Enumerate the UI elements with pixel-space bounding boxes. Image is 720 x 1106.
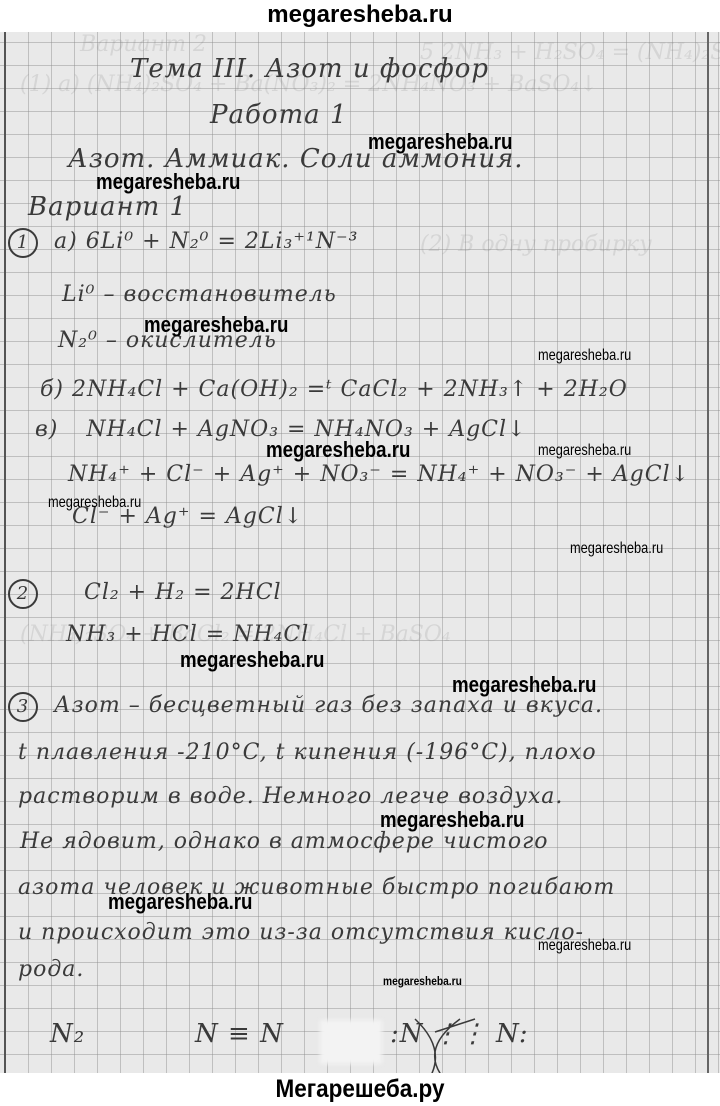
watermark: megaresheba.ru [96, 169, 240, 195]
watermark: megaresheba.ru [383, 974, 462, 988]
site-banner-bottom: Мегарешеба.ру [36, 1073, 684, 1106]
notebook-page: Вариант 2 5 2NH₃ + H₂SO₄ = (NH₄)₂SO₄ (1)… [0, 32, 720, 1073]
task2-row-1: 2 Cl₂ + H₂ = 2HCl [8, 579, 282, 609]
correction-whiteout [320, 1020, 382, 1064]
watermark: megaresheba.ru [144, 312, 288, 338]
watermark: megaresheba.ru [368, 129, 512, 155]
task-number-badge: 3 [8, 692, 38, 722]
watermark: megaresheba.ru [108, 889, 252, 915]
bleed-through-text: (2) В одну пробирку [420, 232, 652, 257]
structural-formula: N ≡ N [195, 1019, 284, 1049]
task1-a-equation: 6Li⁰ + N₂⁰ = 2Li₃⁺¹N⁻³ [86, 229, 359, 254]
topic-title: Тема III. Азот и фосфор [130, 54, 489, 84]
nitrogen-formula: N₂ [50, 1019, 85, 1049]
watermark: megaresheba.ru [570, 540, 663, 558]
reducer-note: Li⁰ – восстановитель [62, 282, 337, 307]
watermark: megaresheba.ru [538, 937, 631, 955]
task3-line-6: и происходит это из-за отсутствия кисло- [18, 920, 584, 945]
variant-label: Вариант 1 [28, 192, 187, 222]
watermark: megaresheba.ru [538, 442, 631, 460]
watermark: megaresheba.ru [180, 647, 324, 673]
work-title: Работа 1 [210, 100, 347, 130]
task1-row-a: 1 а) 6Li⁰ + N₂⁰ = 2Li₃⁺¹N⁻³ [8, 228, 358, 258]
full-ionic-equation: NH₄⁺ + Cl⁻ + Ag⁺ + NO₃⁻ = NH₄⁺ + NO₃⁻ + … [68, 462, 690, 487]
task2-eq2: NH₃ + HCl = NH₄Cl [66, 622, 309, 647]
shared-electron-pair-marker [405, 1017, 485, 1073]
right-margin-line [707, 32, 709, 1073]
task1-row-b: б) 2NH₄Cl + Ca(OH)₂ =ᵗ CaCl₂ + 2NH₃↑ + 2… [40, 377, 628, 402]
task1-v-label: в) [35, 417, 58, 442]
watermark: megaresheba.ru [380, 807, 524, 833]
task-number-badge: 1 [8, 228, 38, 258]
task1-b-equation: 2NH₄Cl + Ca(OH)₂ =ᵗ CaCl₂ + 2NH₃↑ + 2H₂O [72, 377, 628, 402]
site-banner-top: megaresheba.ru [0, 0, 720, 32]
task3-line-3: растворим в воде. Немного легче воздуха. [18, 784, 563, 809]
task3-line-2: t плавления -210°C, t кипения (-196°C), … [18, 740, 597, 765]
watermark: megaresheba.ru [452, 672, 596, 698]
watermark: megaresheba.ru [48, 494, 141, 512]
task1-b-label: б) [40, 377, 64, 402]
task-number-badge: 2 [8, 579, 38, 609]
watermark: megaresheba.ru [538, 347, 631, 365]
left-margin-line [4, 32, 6, 1073]
watermark: megaresheba.ru [266, 437, 410, 463]
task3-line-7: рода. [18, 957, 84, 982]
task1-a-label: а) [54, 229, 78, 254]
task2-eq1: Cl₂ + H₂ = 2HCl [84, 580, 282, 605]
